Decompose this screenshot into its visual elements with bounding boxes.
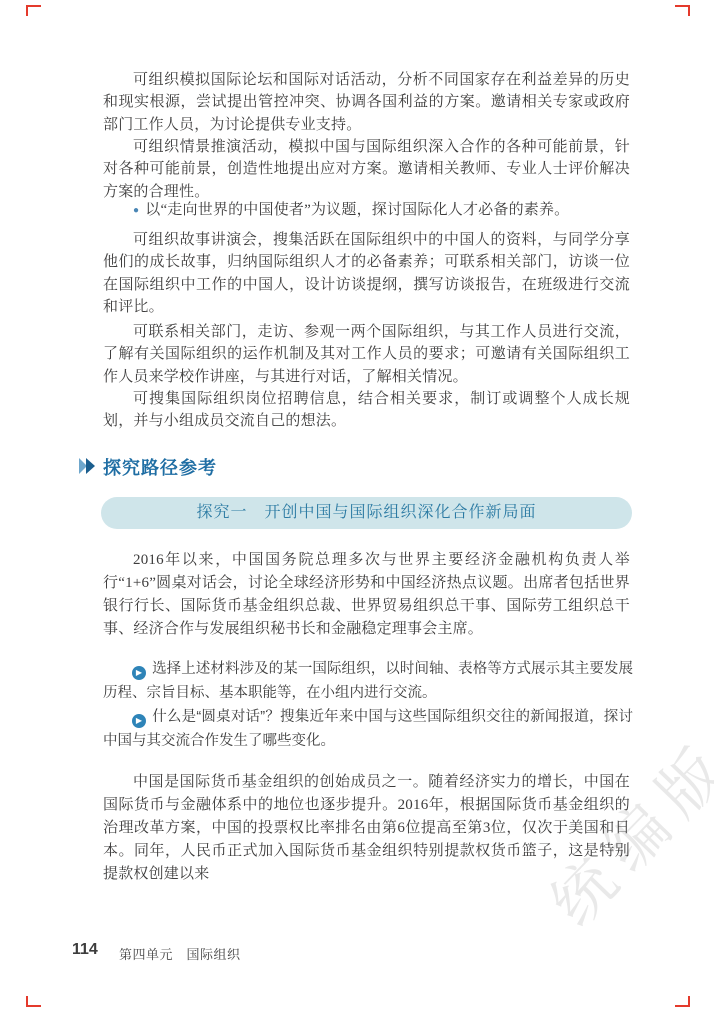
body-paragraph-1: 可组织模拟国际论坛和国际对话活动，分析不同国家存在利益差异的历史和现实根源，尝试… [103, 69, 630, 136]
double-triangle-icon [79, 458, 101, 474]
crop-mark-top-left [26, 5, 41, 16]
circle-arrow-icon: ▶ [132, 666, 146, 680]
page-number: 114 [72, 941, 98, 959]
task-item-1-text: 选择上述材料涉及的某一国际组织，以时间轴、表格等方式展示其主要发展历程、宗旨目标… [103, 661, 633, 701]
unit-label: 第四单元 国际组织 [119, 944, 241, 963]
body-paragraph-6: 2016年以来，中国国务院总理多次与世界主要经济金融机构负责人举行“1+6”圆桌… [103, 549, 630, 641]
page-footer: 114 第四单元 国际组织 [0, 941, 714, 965]
task-item-2: ▶什么是“圆桌对话”？搜集近年来中国与这些国际组织交往的新闻报道，探讨中国与其交… [103, 706, 633, 754]
bullet-dot-icon: ● [133, 200, 139, 222]
body-paragraph-5: 可搜集国际组织岗位招聘信息，结合相关要求，制订或调整个人成长规划，并与小组成员交… [103, 388, 630, 433]
body-paragraph-4: 可联系相关部门，走访、参观一两个国际组织，与其工作人员进行交流，了解有关国际组织… [103, 321, 630, 388]
textbook-page: 统编版 可组织模拟国际论坛和国际对话活动，分析不同国家存在利益差异的历史和现实根… [0, 0, 714, 1010]
triangle-dark [86, 458, 95, 474]
inquiry-banner: 探究一 开创中国与国际组织深化合作新局面 [101, 497, 632, 529]
crop-mark-bottom-right [675, 996, 690, 1007]
body-paragraph-3: 可组织故事讲演会，搜集活跃在国际组织中的中国人的资料，与同学分享他们的成长故事，… [103, 229, 630, 319]
circle-arrow-icon: ▶ [132, 714, 146, 728]
task-item-1: ▶选择上述材料涉及的某一国际组织，以时间轴、表格等方式展示其主要发展历程、宗旨目… [103, 658, 633, 706]
crop-mark-bottom-left [26, 996, 41, 1007]
bullet-line-text: 以“走向世界的中国使者”为议题，探讨国际化人才必备的素养。 [145, 202, 569, 218]
crop-mark-top-right [675, 5, 690, 16]
section-header: 探究路径参考 [103, 454, 217, 480]
body-paragraph-2: 可组织情景推演活动，模拟中国与国际组织深入合作的各种可能前景，针对各种可能前景，… [103, 136, 630, 203]
task-item-2-text: 什么是“圆桌对话”？搜集近年来中国与这些国际组织交往的新闻报道，探讨中国与其交流… [103, 709, 633, 749]
body-paragraph-7: 中国是国际货币基金组织的创始成员之一。随着经济实力的增长，中国在国际货币与金融体… [103, 771, 630, 886]
bullet-line: ●以“走向世界的中国使者”为议题，探讨国际化人才必备的素养。 [103, 199, 630, 222]
